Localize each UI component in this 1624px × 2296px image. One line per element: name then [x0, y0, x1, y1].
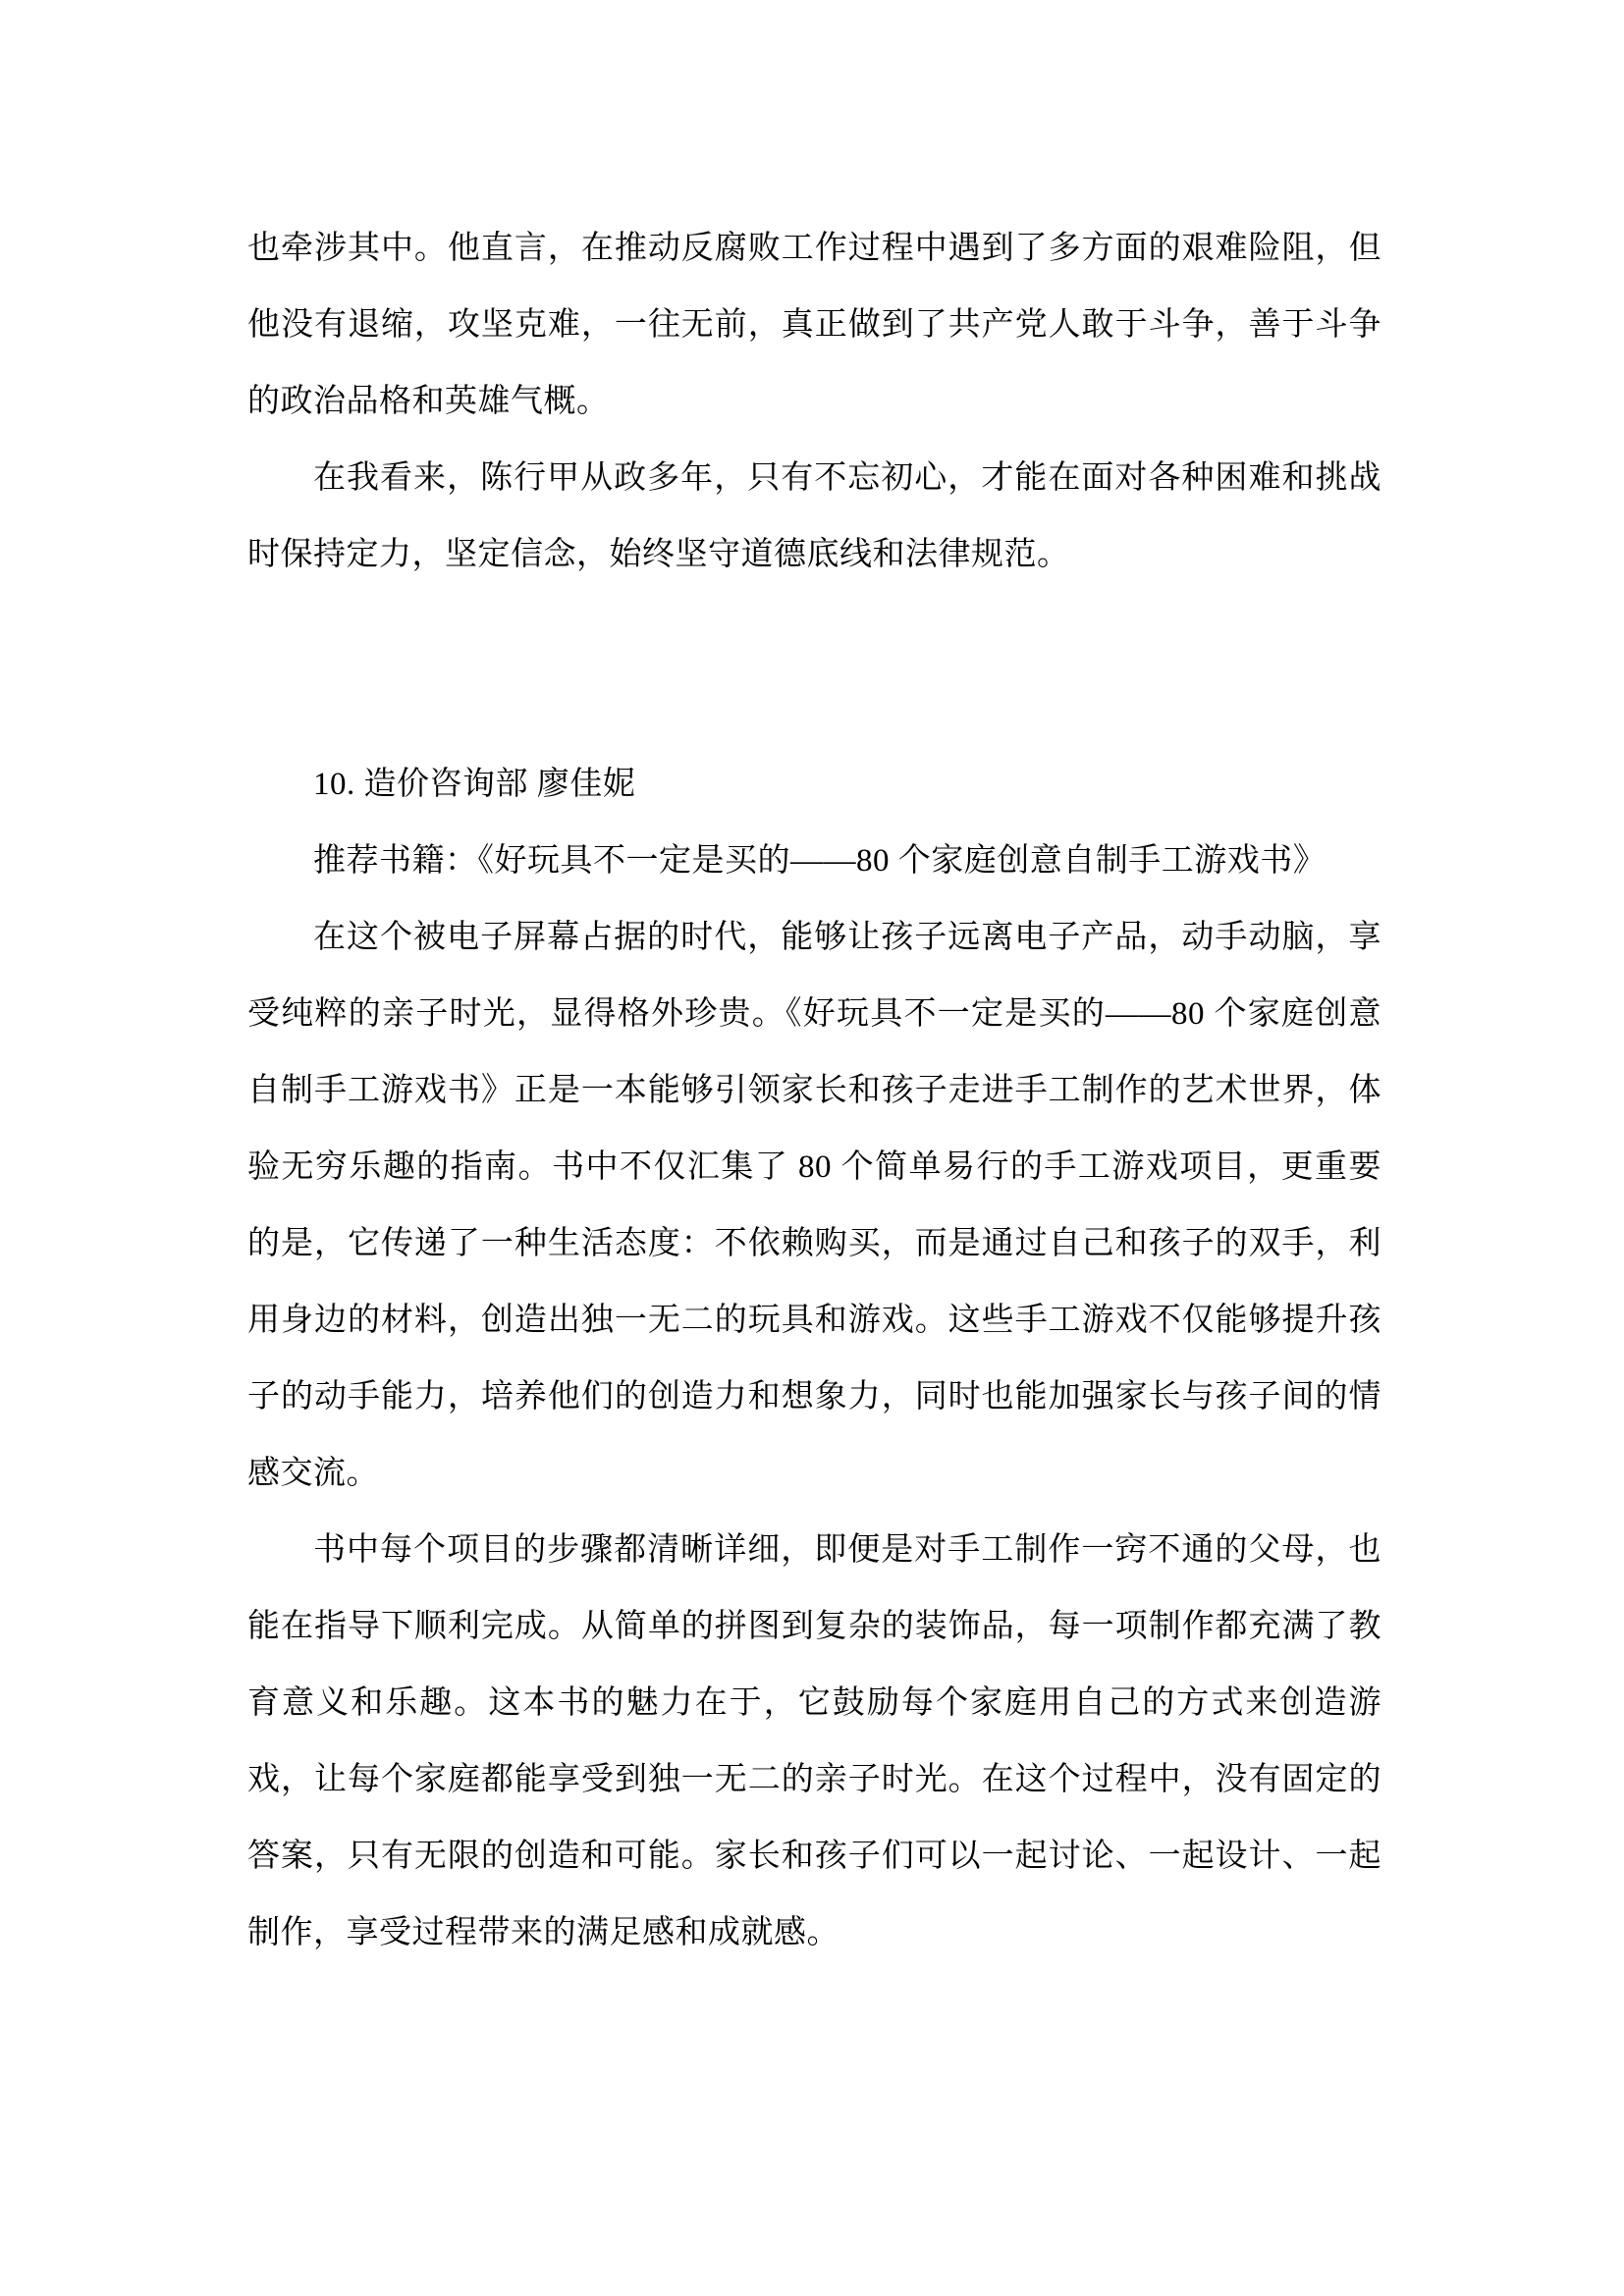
book-title-line: 推荐书籍：《好玩具不一定是买的——80 个家庭创意自制手工游戏书》 [247, 823, 1381, 899]
document-page: 也牵涉其中。他直言，在推动反腐败工作过程中遇到了多方面的艰难险阻，但他没有退缩，… [0, 0, 1624, 2296]
paragraph-continuation: 也牵涉其中。他直言，在推动反腐败工作过程中遇到了多方面的艰难险阻，但他没有退缩，… [247, 210, 1381, 440]
paragraph-conclusion: 在我看来，陈行甲从政多年，只有不忘初心，才能在面对各种困难和挑战时保持定力，坚定… [247, 440, 1381, 593]
document-text-block: 也牵涉其中。他直言，在推动反腐败工作过程中遇到了多方面的艰难险阻，但他没有退缩，… [247, 210, 1381, 1971]
section-heading: 10. 造价咨询部 廖佳妮 [247, 746, 1381, 823]
body-paragraph-2: 书中每个项目的步骤都清晰详细，即便是对手工制作一窍不通的父母，也能在指导下顺利完… [247, 1512, 1381, 1971]
body-paragraph-1: 在这个被电子屏幕占据的时代，能够让孩子远离电子产品，动手动脑，享受纯粹的亲子时光… [247, 899, 1381, 1512]
